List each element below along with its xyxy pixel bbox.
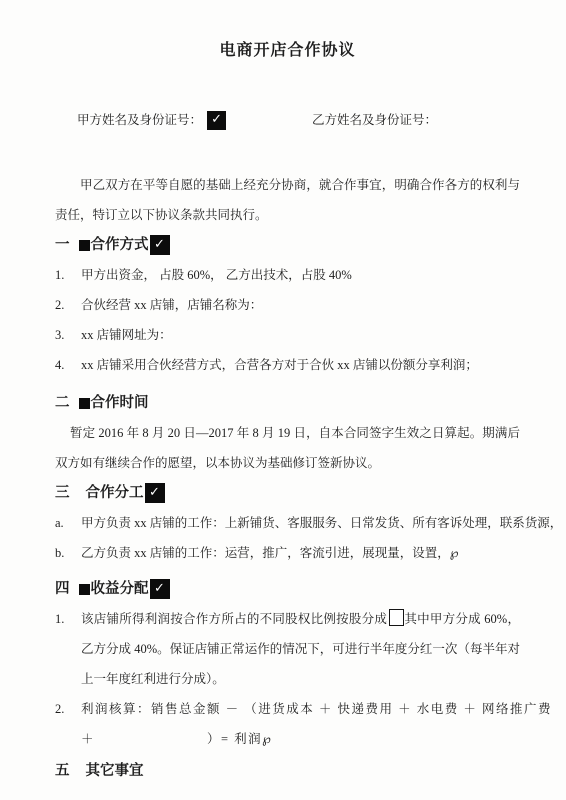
list-item: 4. xx 店铺采用合伙经营方式，合营各方对于合伙 xx 店铺以份额分享利润； — [55, 350, 520, 380]
check-mark-icon: ✓ — [154, 574, 165, 604]
party-a-label: 甲方姓名及身份证号： — [77, 110, 202, 130]
item-text: 合伙经营 xx 店铺，店铺名称为： — [81, 290, 520, 320]
profit-formula: 利润核算：销售总金额 － （进货成本 ＋ 快递费用 ＋ 水电费 ＋ 网络推广费 … — [81, 694, 552, 754]
party-a-checked-checkbox-icon[interactable]: ✓ — [207, 111, 226, 130]
section-2-title: 合作时间 — [91, 388, 149, 418]
item-marker: 2. — [55, 290, 81, 320]
section-1-checked-checkbox-icon[interactable]: ✓ — [150, 235, 170, 255]
section-2-paragraph: 暂定 2016 年 8 月 20 日—2017 年 8 月 19 日，自本合同签… — [55, 418, 520, 478]
check-mark-icon: ✓ — [154, 230, 165, 260]
list-item: 2. 合伙经营 xx 店铺，店铺名称为： — [55, 290, 520, 320]
section-3-number: 三 — [55, 478, 70, 508]
item-text: xx 店铺采用合伙经营方式，合营各方对于合伙 xx 店铺以份额分享利润； — [81, 350, 520, 380]
formula-line-1: 利润核算：销售总金额 － （进货成本 ＋ 快递费用 ＋ 水电费 ＋ 网络推广费 — [81, 694, 552, 724]
party-b-label: 乙方姓名及身份证号： — [312, 110, 437, 130]
section-1-title: 合作方式 — [91, 230, 149, 260]
section-1-number: 一 — [55, 230, 70, 260]
check-mark-icon: ✓ — [211, 110, 222, 130]
list-item: 1. 该店铺所得利润按合作方所占的不同股权比例按股分成其中甲方分成 60%，乙方… — [55, 604, 520, 694]
item-text: 甲方出资金， 占股 60%， 乙方出技术，占股 40% — [81, 260, 520, 290]
empty-checkbox-icon[interactable] — [389, 609, 404, 626]
list-item: 1. 甲方出资金， 占股 60%， 乙方出技术，占股 40% — [55, 260, 520, 290]
intro-paragraph: 甲乙双方在平等自愿的基础上经充分协商，就合作事宜，明确合作各方的权利与责任，特订… — [55, 170, 520, 230]
section-4-heading: 四 收益分配 ✓ — [55, 574, 520, 604]
item-text: 甲方负责 xx 店铺的工作：上新铺货、客服服务、日常发货、所有客诉处理，联系货源… — [81, 508, 562, 538]
section-3-checked-checkbox-icon[interactable]: ✓ — [145, 483, 165, 503]
section-2-number: 二 — [55, 388, 70, 418]
filled-square-icon — [79, 398, 90, 409]
formula-line-2: ＋ ）= 利润℘ — [81, 724, 552, 754]
section-4-number: 四 — [55, 574, 70, 604]
document-title: 电商开店合作协议 — [55, 36, 520, 66]
section-4-checked-checkbox-icon[interactable]: ✓ — [150, 579, 170, 599]
item-marker: 2. — [55, 694, 81, 754]
item-text: 乙方负责 xx 店铺的工作：运营，推广，客流引进，展现量，设置，℘ — [81, 538, 520, 568]
section-5-number: 五 — [55, 756, 70, 786]
list-item: b. 乙方负责 xx 店铺的工作：运营，推广，客流引进，展现量，设置，℘ — [55, 538, 520, 568]
section-2-heading: 二 合作时间 — [55, 388, 520, 418]
section-5-heading: 五 其它事宜 — [55, 756, 520, 786]
filled-square-icon — [79, 584, 90, 595]
section-4-title: 收益分配 — [91, 574, 149, 604]
item-text: 该店铺所得利润按合作方所占的不同股权比例按股分成其中甲方分成 60%，乙方分成 … — [81, 604, 520, 694]
section-3-heading: 三 合作分工 ✓ — [55, 478, 520, 508]
list-item: 2. 利润核算：销售总金额 － （进货成本 ＋ 快递费用 ＋ 水电费 ＋ 网络推… — [55, 694, 520, 754]
list-item: a. 甲方负责 xx 店铺的工作：上新铺货、客服服务、日常发货、所有客诉处理，联… — [55, 508, 520, 538]
item-marker: b. — [55, 538, 81, 568]
list-item: 3. xx 店铺网址为： — [55, 320, 520, 350]
item-marker: 1. — [55, 260, 81, 290]
section-3-title: 合作分工 — [86, 478, 144, 508]
filled-square-icon — [79, 240, 90, 251]
section-1-heading: 一 合作方式 ✓ — [55, 230, 520, 260]
parties-row: 甲方姓名及身份证号： ✓ 乙方姓名及身份证号： — [77, 110, 520, 130]
item-marker: a. — [55, 508, 81, 538]
contract-document-page: 电商开店合作协议 甲方姓名及身份证号： ✓ 乙方姓名及身份证号： 甲乙双方在平等… — [0, 0, 566, 800]
item-marker: 1. — [55, 604, 81, 694]
item-text-before-box: 该店铺所得利润按合作方所占的不同股权比例按股分成 — [81, 612, 387, 626]
item-marker: 4. — [55, 350, 81, 380]
check-mark-icon: ✓ — [149, 478, 160, 508]
item-marker: 3. — [55, 320, 81, 350]
item-text: xx 店铺网址为： — [81, 320, 520, 350]
section-5-title: 其它事宜 — [86, 756, 144, 786]
